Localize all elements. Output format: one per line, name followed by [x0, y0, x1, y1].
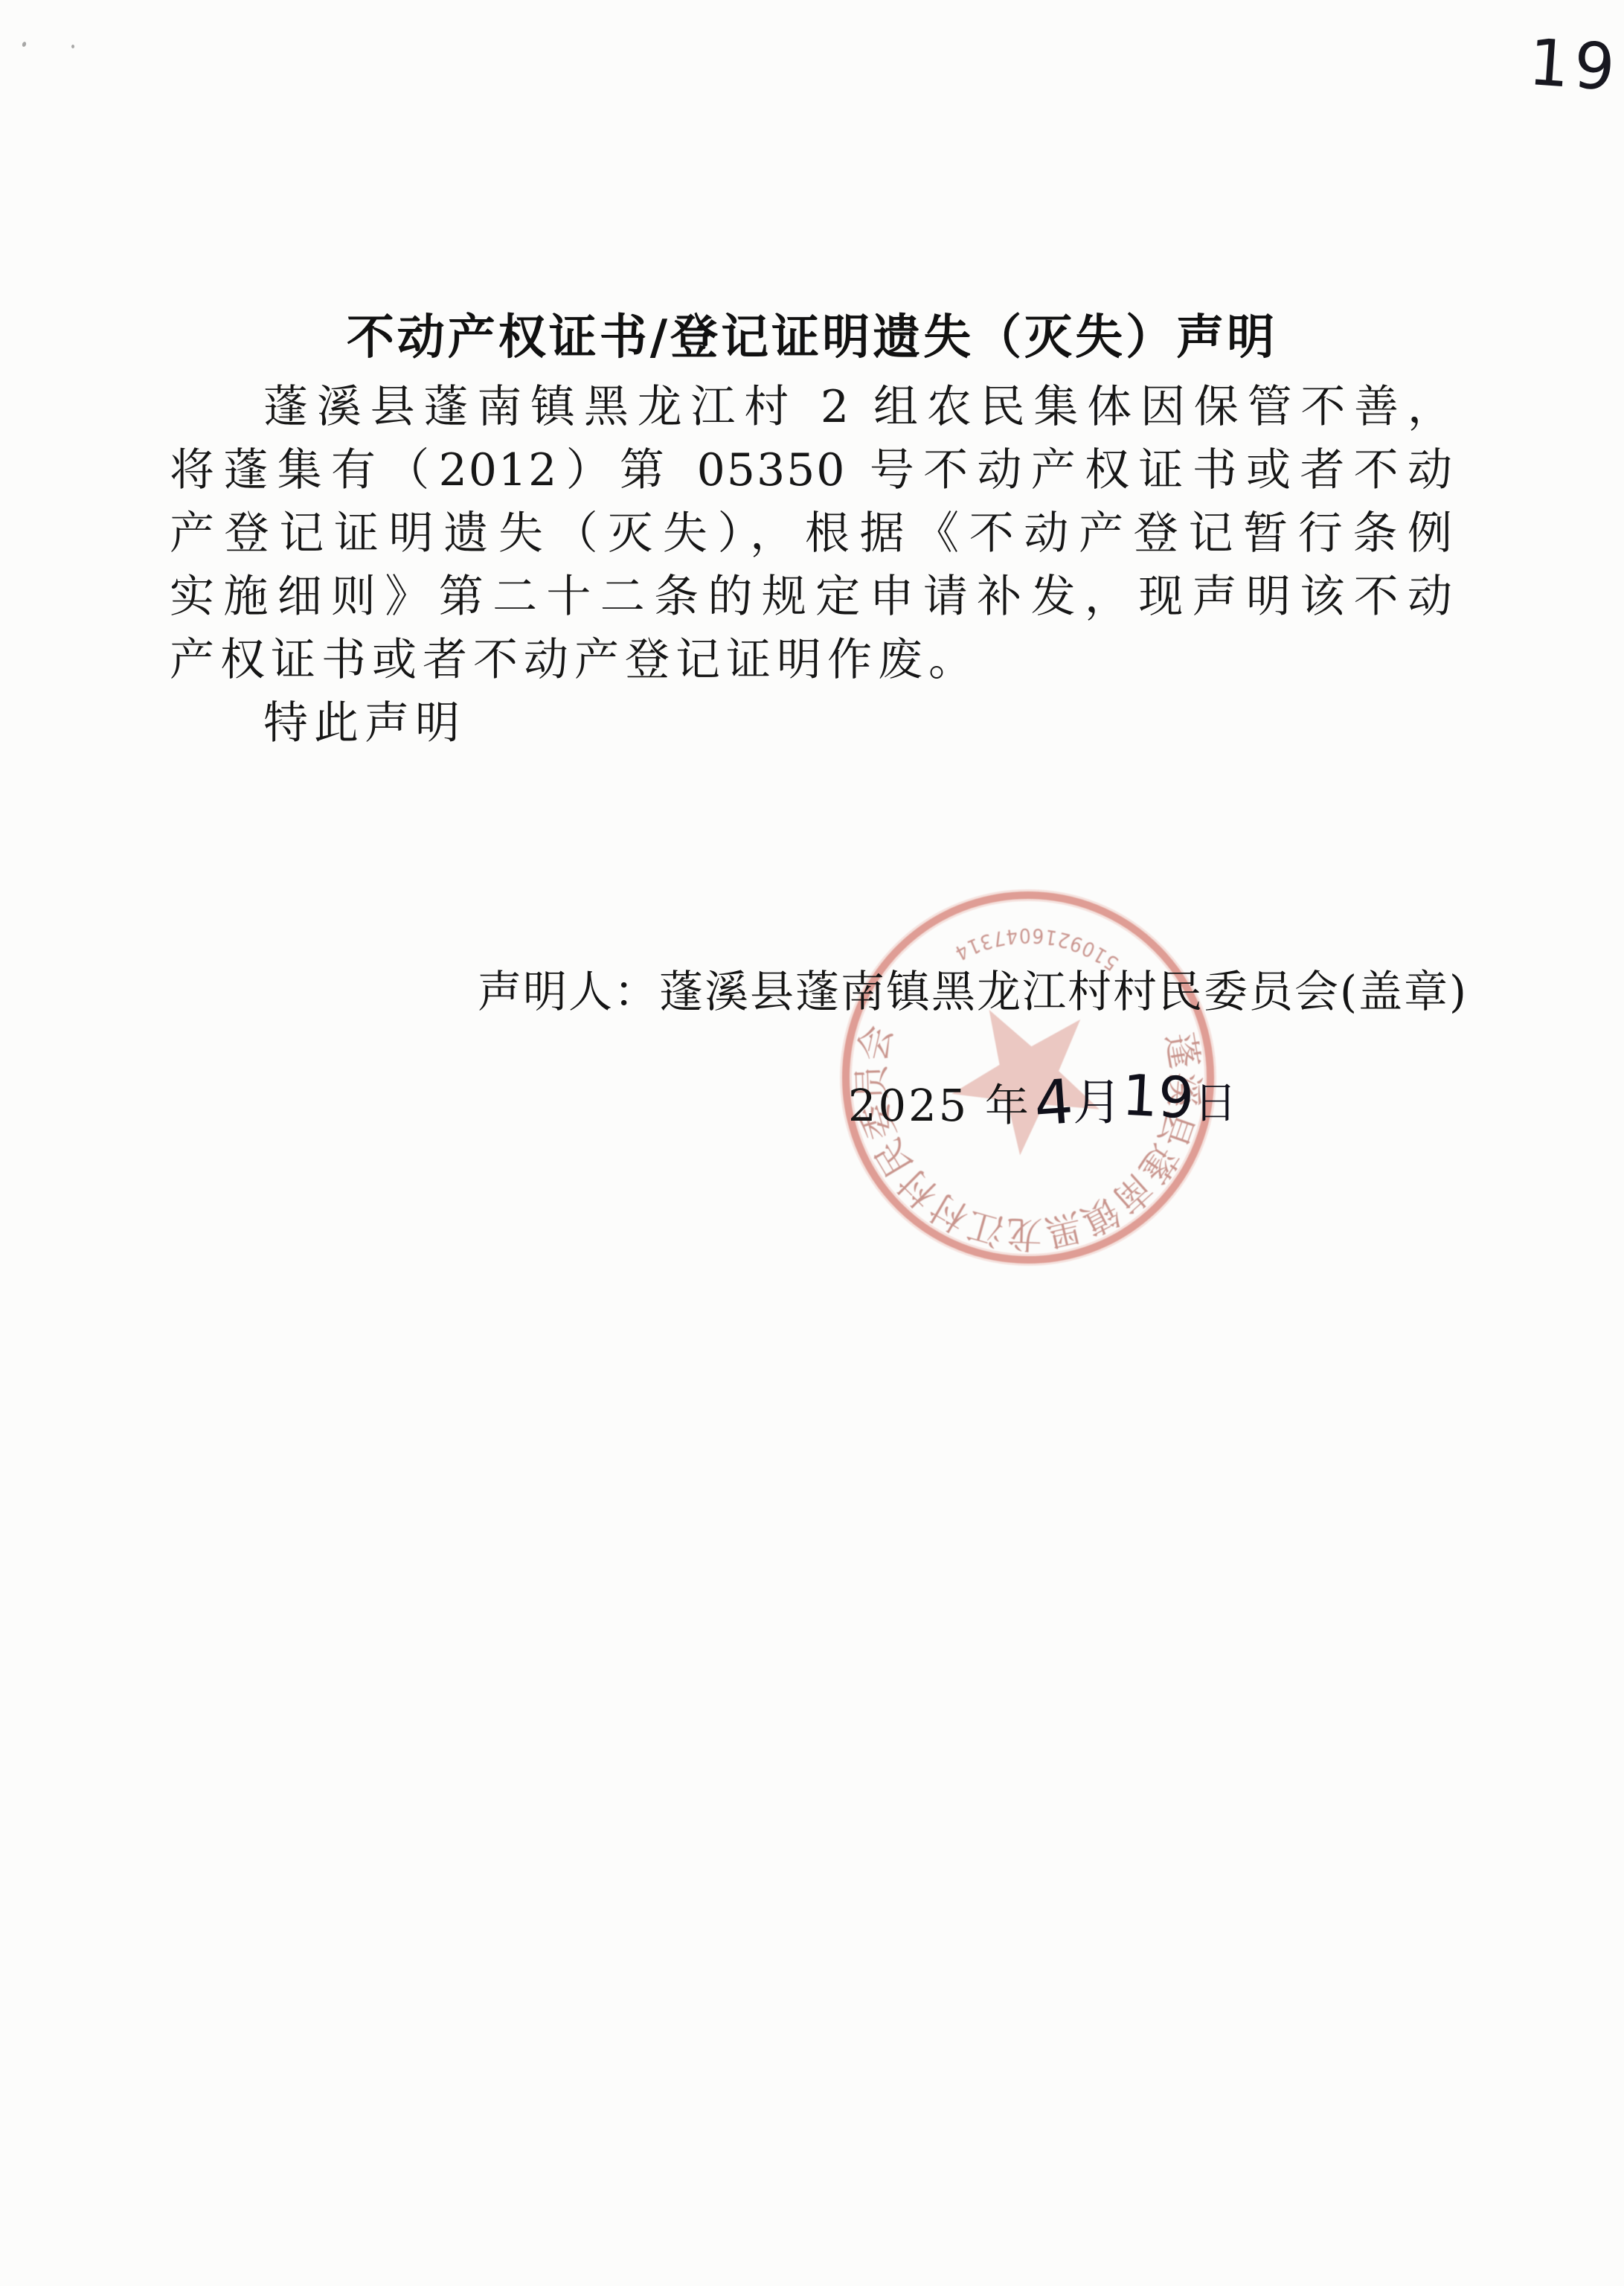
- body-line: 实施细则》第二十二条的规定申请补发，现声明该不动: [170, 566, 1454, 629]
- body-line: 产登记证明遗失（灭失），根据《不动产登记暂行条例: [170, 502, 1454, 566]
- handwritten-day-char: 日: [1194, 1068, 1237, 1130]
- handwritten-day: 19: [1120, 1062, 1195, 1132]
- date-printed-year: 2025 年: [848, 1080, 1031, 1131]
- document-title: 不动产权证书/登记证明遗失（灭失）声明: [0, 299, 1624, 368]
- handwritten-month: 4: [1032, 1066, 1076, 1139]
- body-line: 蓬溪县蓬南镇黑龙江村 2 组农民集体因保管不善，: [170, 376, 1454, 439]
- scan-speck: [22, 41, 27, 47]
- date-line: 2025 年4月19日: [848, 1064, 1237, 1136]
- handwritten-month-char: 月: [1073, 1063, 1122, 1133]
- scan-speck: [71, 45, 74, 48]
- body-line-closing: 特此声明: [170, 692, 1454, 755]
- body-line: 将蓬集有（2012）第 05350 号不动产权证书或者不动: [170, 439, 1454, 502]
- scanned-document-page: 19 不动产权证书/登记证明遗失（灭失）声明 蓬溪县蓬南镇黑龙江村 2 组农民集…: [0, 0, 1624, 2286]
- body-line: 产权证书或者不动产登记证明作废。: [170, 629, 1454, 692]
- declarant-signature-line: 声明人：蓬溪县蓬南镇黑龙江村村民委员会(盖章): [478, 956, 1468, 1019]
- handwritten-page-number: 19: [1527, 25, 1622, 106]
- declaration-body: 蓬溪县蓬南镇黑龙江村 2 组农民集体因保管不善， 将蓬集有（2012）第 053…: [170, 376, 1454, 755]
